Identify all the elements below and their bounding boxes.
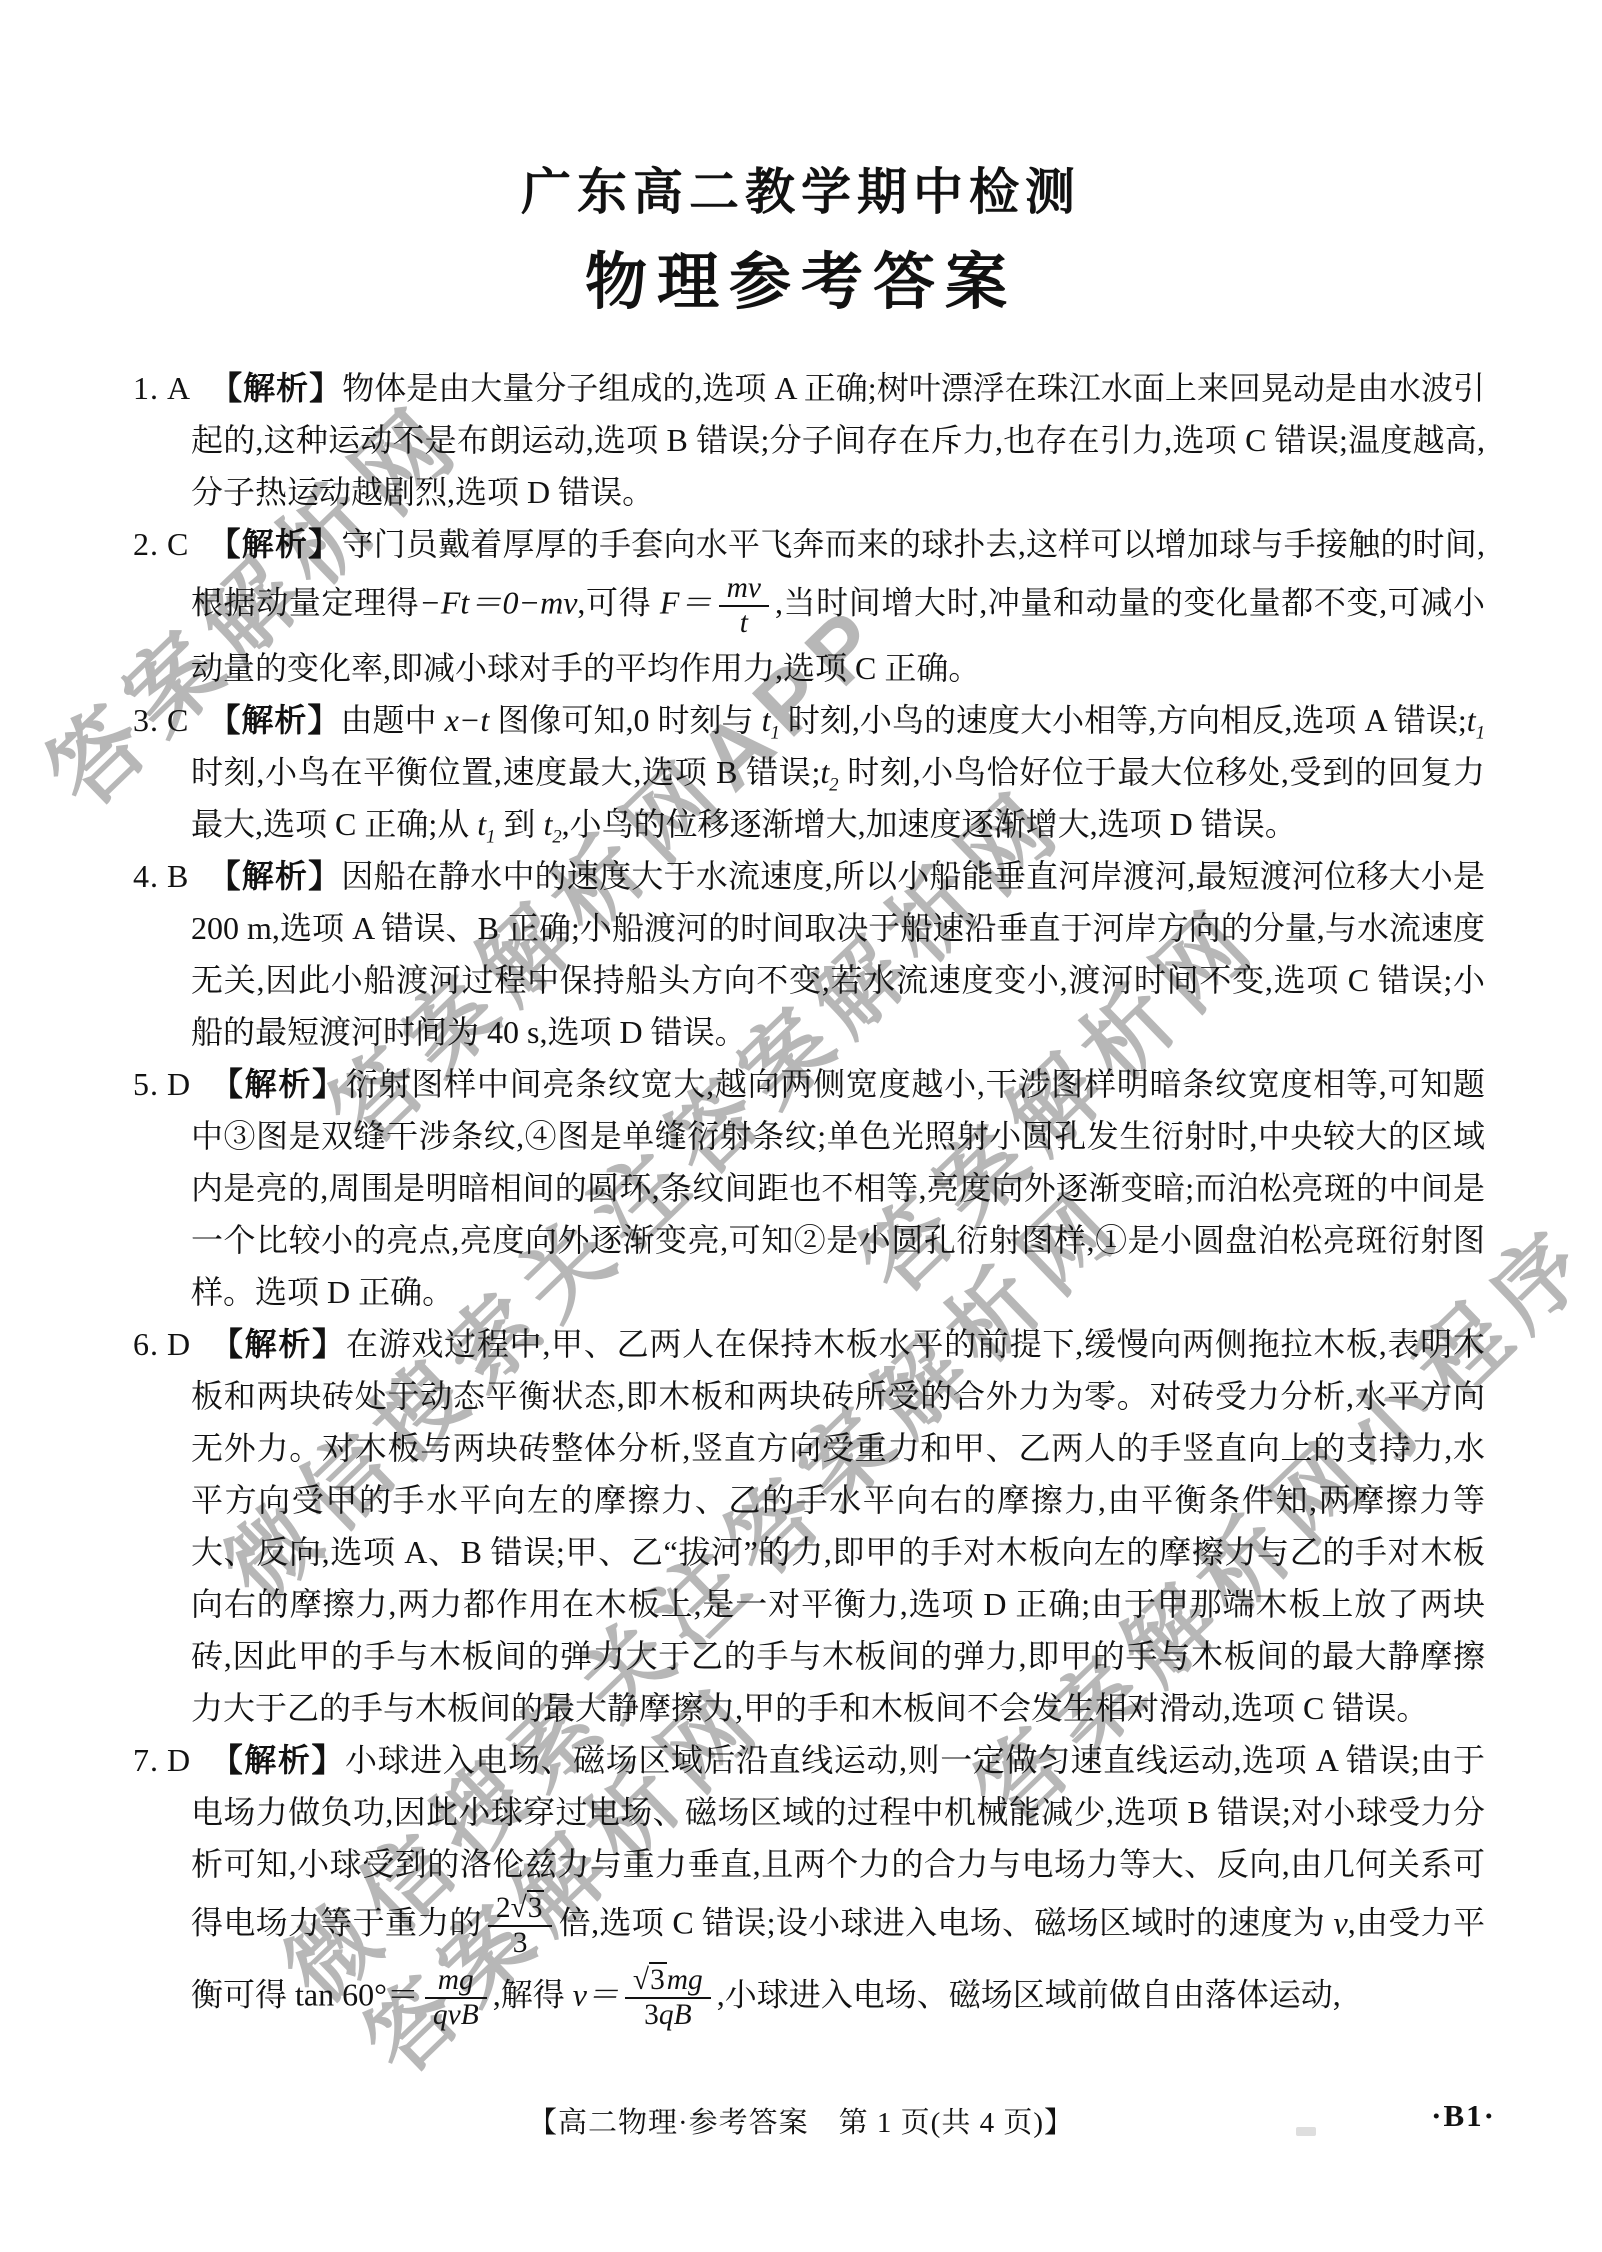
item-number: 5. [133, 1066, 159, 1102]
text-run: ,解得 [493, 1976, 573, 2012]
fraction: mvt [719, 572, 769, 640]
item-number: 3. [133, 702, 159, 738]
answer-item: 7.D【解析】小球进入电场、磁场区域后沿直线运动,则一定做匀速直线运动,选项 A… [133, 1734, 1485, 2034]
subscript: 1 [1476, 722, 1485, 743]
fraction: mgqvB [425, 1964, 487, 2032]
answer-item: 4.B【解析】因船在静水中的速度大于水流速度,所以小船能垂直河岸渡河,最短渡河位… [133, 850, 1485, 1058]
radicand: 3 [527, 1890, 545, 1924]
math-run: t [477, 806, 486, 842]
fraction: 2√33 [488, 1892, 553, 1960]
fraction-denominator: qvB [425, 1997, 487, 2032]
print-artifact [1296, 2127, 1316, 2136]
text-run: 在游戏过程中,甲、乙两人在保持木板水平的前提下,缓慢向两侧拖拉木板,表明木板和两… [191, 1326, 1485, 1726]
math-run: v [1334, 1904, 1348, 1940]
fraction-numerator: mg [425, 1964, 487, 1997]
fraction-denominator: 3 [488, 1925, 553, 1960]
radicand: 3 [649, 1962, 667, 1996]
footer-caption: 【高二物理·参考答案 第 1 页(共 4 页)】 [0, 2100, 1602, 2141]
footer-code: ·B1· [1431, 2098, 1496, 2134]
text-run: ,可得 [577, 584, 659, 620]
math-run: mg [438, 1964, 474, 1996]
text-run: 2 [496, 1892, 511, 1924]
item-answer: C [167, 702, 188, 738]
sqrt-expression: √3 [511, 1890, 545, 1924]
analysis-label: 【解析】 [210, 370, 342, 406]
text-run: 图像可知,0 时刻与 [489, 702, 761, 738]
subscript: 2 [552, 826, 561, 847]
subscript: 2 [829, 774, 838, 795]
math-run: qvB [433, 1999, 479, 2031]
text-run: 倍,选项 C 错误;设小球进入电场、磁场区域时的速度为 [558, 1904, 1333, 1940]
math-run: v＝ [573, 1976, 619, 2012]
fraction-numerator: 2√3 [488, 1892, 553, 1925]
item-number: 7. [133, 1742, 159, 1778]
subscript: 1 [771, 722, 780, 743]
item-answer: D [167, 1066, 190, 1102]
item-answer: A [167, 370, 190, 406]
fraction-numerator: √3mg [625, 1964, 711, 1997]
answer-list: 1.A【解析】物体是由大量分子组成的,选项 A 正确;树叶漂浮在珠江水面上来回晃… [133, 362, 1485, 2034]
item-number: 1. [133, 370, 159, 406]
item-answer: D [167, 1742, 190, 1778]
text-run: 因船在静水中的速度大于水流速度,所以小船能垂直河岸渡河,最短渡河位移大小是 20… [191, 858, 1485, 1050]
exam-answer-page: 答案解析网答案解析网APP答案解析网微信搜索关注答案解析网微信搜索关注答案解析网… [0, 0, 1602, 2252]
answer-item: 5.D【解析】衍射图样中间亮条纹宽大,越向两侧宽度越小,干涉图样明暗条纹宽度相等… [133, 1058, 1485, 1318]
fraction-denominator: t [719, 605, 769, 640]
text-run: 3 [513, 1927, 528, 1959]
math-run: t [820, 754, 829, 790]
math-run: t [1467, 702, 1476, 738]
analysis-label: 【解析】 [210, 1066, 346, 1102]
math-run: t [740, 607, 748, 639]
sqrt-expression: √3 [633, 1962, 667, 1996]
fraction-denominator: 3qB [625, 1997, 711, 2032]
text-run: 衍射图样中间亮条纹宽大,越向两侧宽度越小,干涉图样明暗条纹宽度相等,可知题中③图… [191, 1066, 1485, 1310]
fraction-numerator: mv [719, 572, 769, 605]
item-number: 4. [133, 858, 159, 894]
item-number: 6. [133, 1326, 159, 1362]
math-run: qB [659, 1999, 692, 2031]
item-answer: C [167, 526, 188, 562]
text-run: 3 [644, 1999, 659, 2031]
answer-item: 3.C【解析】由题中 x−t 图像可知,0 时刻与 t1 时刻,小鸟的速度大小相… [133, 694, 1485, 850]
analysis-label: 【解析】 [208, 858, 341, 894]
text-run: 时刻,小鸟在平衡位置,速度最大,选项 B 错误; [191, 754, 820, 790]
analysis-label: 【解析】 [210, 1326, 346, 1362]
math-run: F＝ [660, 584, 713, 620]
fraction: √3mg3qB [625, 1964, 711, 2032]
math-run: mv [727, 572, 761, 604]
analysis-label: 【解析】 [208, 702, 340, 738]
math-run: t [762, 702, 771, 738]
text-run: ,小鸟的位移逐渐增大,加速度逐渐增大,选项 D 错误。 [562, 806, 1297, 842]
page-title-line2: 物理参考答案 [0, 232, 1602, 321]
text-run: ,小球进入电场、磁场区域前做自由落体运动, [717, 1976, 1341, 2012]
math-run: x−t [445, 702, 490, 738]
text-run: 到 [495, 806, 543, 842]
analysis-label: 【解析】 [210, 1742, 345, 1778]
item-answer: D [167, 1326, 190, 1362]
answer-item: 6.D【解析】在游戏过程中,甲、乙两人在保持木板水平的前提下,缓慢向两侧拖拉木板… [133, 1318, 1485, 1734]
page-title-line1: 广东高二教学期中检测 [0, 152, 1602, 224]
math-run: t [543, 806, 552, 842]
answer-item: 2.C【解析】守门员戴着厚厚的手套向水平飞奔而来的球扑去,这样可以增加球与手接触… [133, 518, 1485, 694]
text-run: 时刻,小鸟的速度大小相等,方向相反,选项 A 错误; [780, 702, 1467, 738]
item-answer: B [167, 858, 188, 894]
math-run: mg [667, 1964, 703, 1996]
analysis-label: 【解析】 [208, 526, 341, 562]
text-run: 物体是由大量分子组成的,选项 A 正确;树叶漂浮在珠江水面上来回晃动是由水波引起… [191, 370, 1485, 510]
item-number: 2. [133, 526, 159, 562]
text-run: 由题中 [341, 702, 445, 738]
math-run: −Ft＝0−mv [419, 584, 577, 620]
answer-item: 1.A【解析】物体是由大量分子组成的,选项 A 正确;树叶漂浮在珠江水面上来回晃… [133, 362, 1485, 518]
